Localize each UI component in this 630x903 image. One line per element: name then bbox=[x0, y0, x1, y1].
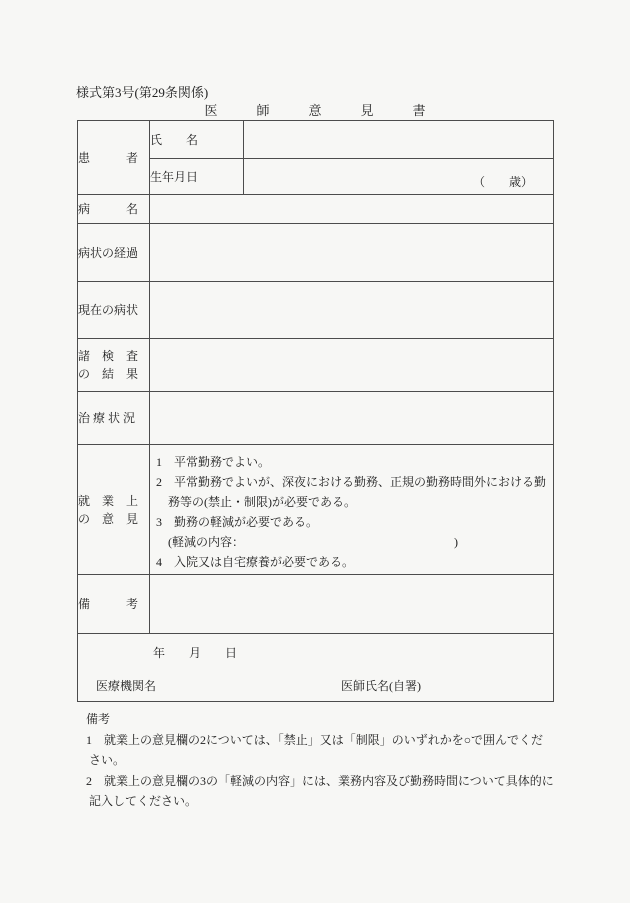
row-disease-progress: 病状の経過 bbox=[78, 224, 554, 282]
row-patient-name: 患 者 氏 名 bbox=[78, 121, 554, 159]
footnotes-header: 備考 bbox=[86, 709, 558, 730]
row-current-condition: 現在の病状 bbox=[78, 282, 554, 339]
document-page: 様式第3号(第29条関係) 医 師 意 見 書 患 者 氏 名 生年月日 （ 歳… bbox=[0, 0, 630, 903]
birthdate-label: 生年月日 bbox=[150, 159, 244, 195]
work-opinion-item-4: 4 入院又は自宅療養が必要である。 bbox=[156, 552, 551, 572]
form-number: 様式第3号(第29条関係) bbox=[76, 82, 208, 101]
remarks-label: 備 考 bbox=[78, 575, 150, 634]
footnote-1-cont: さい。 bbox=[86, 750, 558, 771]
work-opinion-item-1: 1 平常勤務でよい。 bbox=[156, 452, 551, 472]
treatment-status-label: 治 療 状 況 bbox=[78, 392, 150, 445]
name-label: 氏 名 bbox=[150, 121, 244, 159]
footnote-2: 2 就業上の意見欄の3の「軽減の内容」には、業務内容及び勤務時間について具体的に bbox=[86, 771, 558, 792]
row-test-results: 諸 検 査 の 結 果 bbox=[78, 339, 554, 392]
footnotes: 備考 1 就業上の意見欄の2については、「禁止」又は「制限」のいずれかを○で囲ん… bbox=[86, 709, 558, 812]
work-opinion-label: 就 業 上 の 意 見 bbox=[78, 445, 150, 575]
row-remarks: 備 考 bbox=[78, 575, 554, 634]
row-disease-name: 病 名 bbox=[78, 195, 554, 224]
medical-institution-label: 医療機関名 bbox=[96, 679, 156, 693]
remarks-value-cell bbox=[150, 575, 554, 634]
doctor-signature-label: 医師氏名(自署) bbox=[341, 679, 421, 693]
work-opinion-item-3-detail: (軽減の内容： ) bbox=[156, 532, 551, 552]
test-results-label: 諸 検 査 の 結 果 bbox=[78, 339, 150, 392]
work-opinion-item-2-cont: 務等の(禁止・制限)が必要である。 bbox=[156, 492, 551, 512]
disease-name-label: 病 名 bbox=[78, 195, 150, 224]
patient-label: 患 者 bbox=[78, 121, 150, 195]
work-opinion-item-2: 2 平常勤務でよいが、深夜における勤務、正規の勤務時間外における勤 bbox=[156, 472, 551, 492]
footnote-1: 1 就業上の意見欄の2については、「禁止」又は「制限」のいずれかを○で囲んでくだ bbox=[86, 730, 558, 751]
work-opinion-item-3: 3 勤務の軽減が必要である。 bbox=[156, 512, 551, 532]
row-signature: 年 月 日 医療機関名医師氏名(自署) bbox=[78, 634, 554, 702]
signature-line: 医療機関名医師氏名(自署) bbox=[78, 677, 553, 694]
signature-cell: 年 月 日 医療機関名医師氏名(自署) bbox=[78, 634, 554, 702]
birthdate-value-cell: （ 歳） bbox=[244, 159, 554, 195]
disease-name-value-cell bbox=[150, 195, 554, 224]
row-treatment-status: 治 療 状 況 bbox=[78, 392, 554, 445]
opinion-form-table: 患 者 氏 名 生年月日 （ 歳） 病 名 病状の経過 現在の病状 bbox=[77, 120, 554, 702]
disease-progress-value-cell bbox=[150, 224, 554, 282]
row-work-opinion: 就 業 上 の 意 見 1 平常勤務でよい。 2 平常勤務でよいが、深夜における… bbox=[78, 445, 554, 575]
date-line: 年 月 日 bbox=[78, 644, 553, 661]
treatment-status-value-cell bbox=[150, 392, 554, 445]
document-title: 医 師 意 見 書 bbox=[77, 100, 553, 119]
row-patient-birth: 生年月日 （ 歳） bbox=[78, 159, 554, 195]
work-opinion-options-cell: 1 平常勤務でよい。 2 平常勤務でよいが、深夜における勤務、正規の勤務時間外に… bbox=[150, 445, 554, 575]
test-results-value-cell bbox=[150, 339, 554, 392]
current-condition-label: 現在の病状 bbox=[78, 282, 150, 339]
footnote-2-cont: 記入してください。 bbox=[86, 791, 558, 812]
disease-progress-label: 病状の経過 bbox=[78, 224, 150, 282]
name-value-cell bbox=[244, 121, 554, 159]
current-condition-value-cell bbox=[150, 282, 554, 339]
